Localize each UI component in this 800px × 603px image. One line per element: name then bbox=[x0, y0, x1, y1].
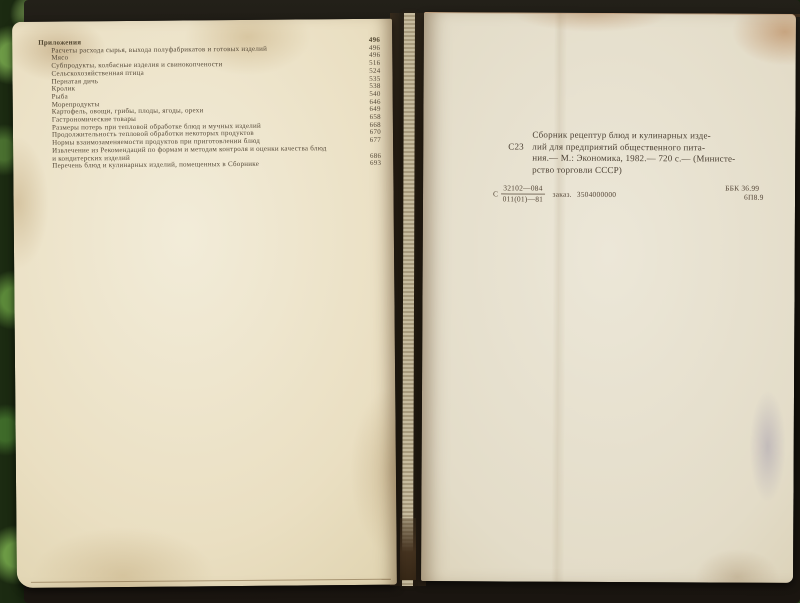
order-number: 3504000000 bbox=[577, 189, 617, 198]
toc-leader bbox=[222, 65, 364, 66]
imprint-numerator: 32102—084 bbox=[501, 183, 544, 194]
toc-entry-label: Перечень блюд и кулинарных изделий, поме… bbox=[39, 161, 259, 171]
catalog-card-line: Сборник рецептур блюд и кулинарных изде- bbox=[532, 130, 752, 143]
left-page: Приложения 496 Расчеты расхода сырья, вы… bbox=[12, 19, 397, 588]
toc-leader bbox=[204, 111, 365, 112]
imprint-denominator: 011(01)—81 bbox=[501, 194, 544, 204]
right-page: С23 Сборник рецептур блюд и кулинарных и… bbox=[421, 12, 796, 583]
toc-leader bbox=[267, 50, 364, 51]
catalog-card: С23 Сборник рецептур блюд и кулинарных и… bbox=[508, 129, 752, 177]
imprint-fraction: 32102—084 011(01)—81 bbox=[501, 183, 544, 203]
toc-leader bbox=[260, 142, 365, 143]
bbk-code: ББК 36.99 6П8.9 bbox=[725, 184, 764, 202]
toc-leader bbox=[136, 119, 365, 121]
catalog-card-line: рство торговли СССР) bbox=[532, 164, 752, 177]
classification-code: С 32102—084 011(01)—81 заказ. 3504000000 bbox=[493, 183, 616, 204]
bbk-line: 6П8.9 bbox=[725, 193, 764, 202]
toc-leader bbox=[100, 104, 365, 106]
spine-binding-tape bbox=[402, 13, 415, 586]
imprint-prefix: С bbox=[493, 189, 498, 198]
toc-entry-page: 693 bbox=[365, 160, 381, 168]
bbk-line: ББК 36.99 bbox=[725, 184, 764, 193]
spine-dark-segment bbox=[400, 518, 416, 580]
toc-leader bbox=[98, 80, 364, 82]
book-photo: Приложения 496 Расчеты расхода сырья, вы… bbox=[0, 0, 800, 603]
toc-entry-page: 677 bbox=[365, 137, 381, 145]
toc-leader bbox=[259, 165, 365, 166]
toc-leader bbox=[261, 127, 365, 128]
toc-entry: Перечень блюд и кулинарных изделий, поме… bbox=[39, 160, 381, 171]
imprint-codes: С 32102—084 011(01)—81 заказ. 3504000000… bbox=[493, 179, 779, 206]
table-of-contents: Приложения 496 Расчеты расхода сырья, вы… bbox=[38, 37, 381, 171]
toc-leader bbox=[144, 73, 364, 75]
toc-leader bbox=[254, 134, 365, 135]
order-label: заказ. bbox=[553, 189, 572, 198]
catalog-card-line: ния.— М.: Экономика, 1982.— 720 с.— (Мин… bbox=[532, 153, 752, 166]
catalog-card-code: С23 bbox=[508, 141, 524, 153]
